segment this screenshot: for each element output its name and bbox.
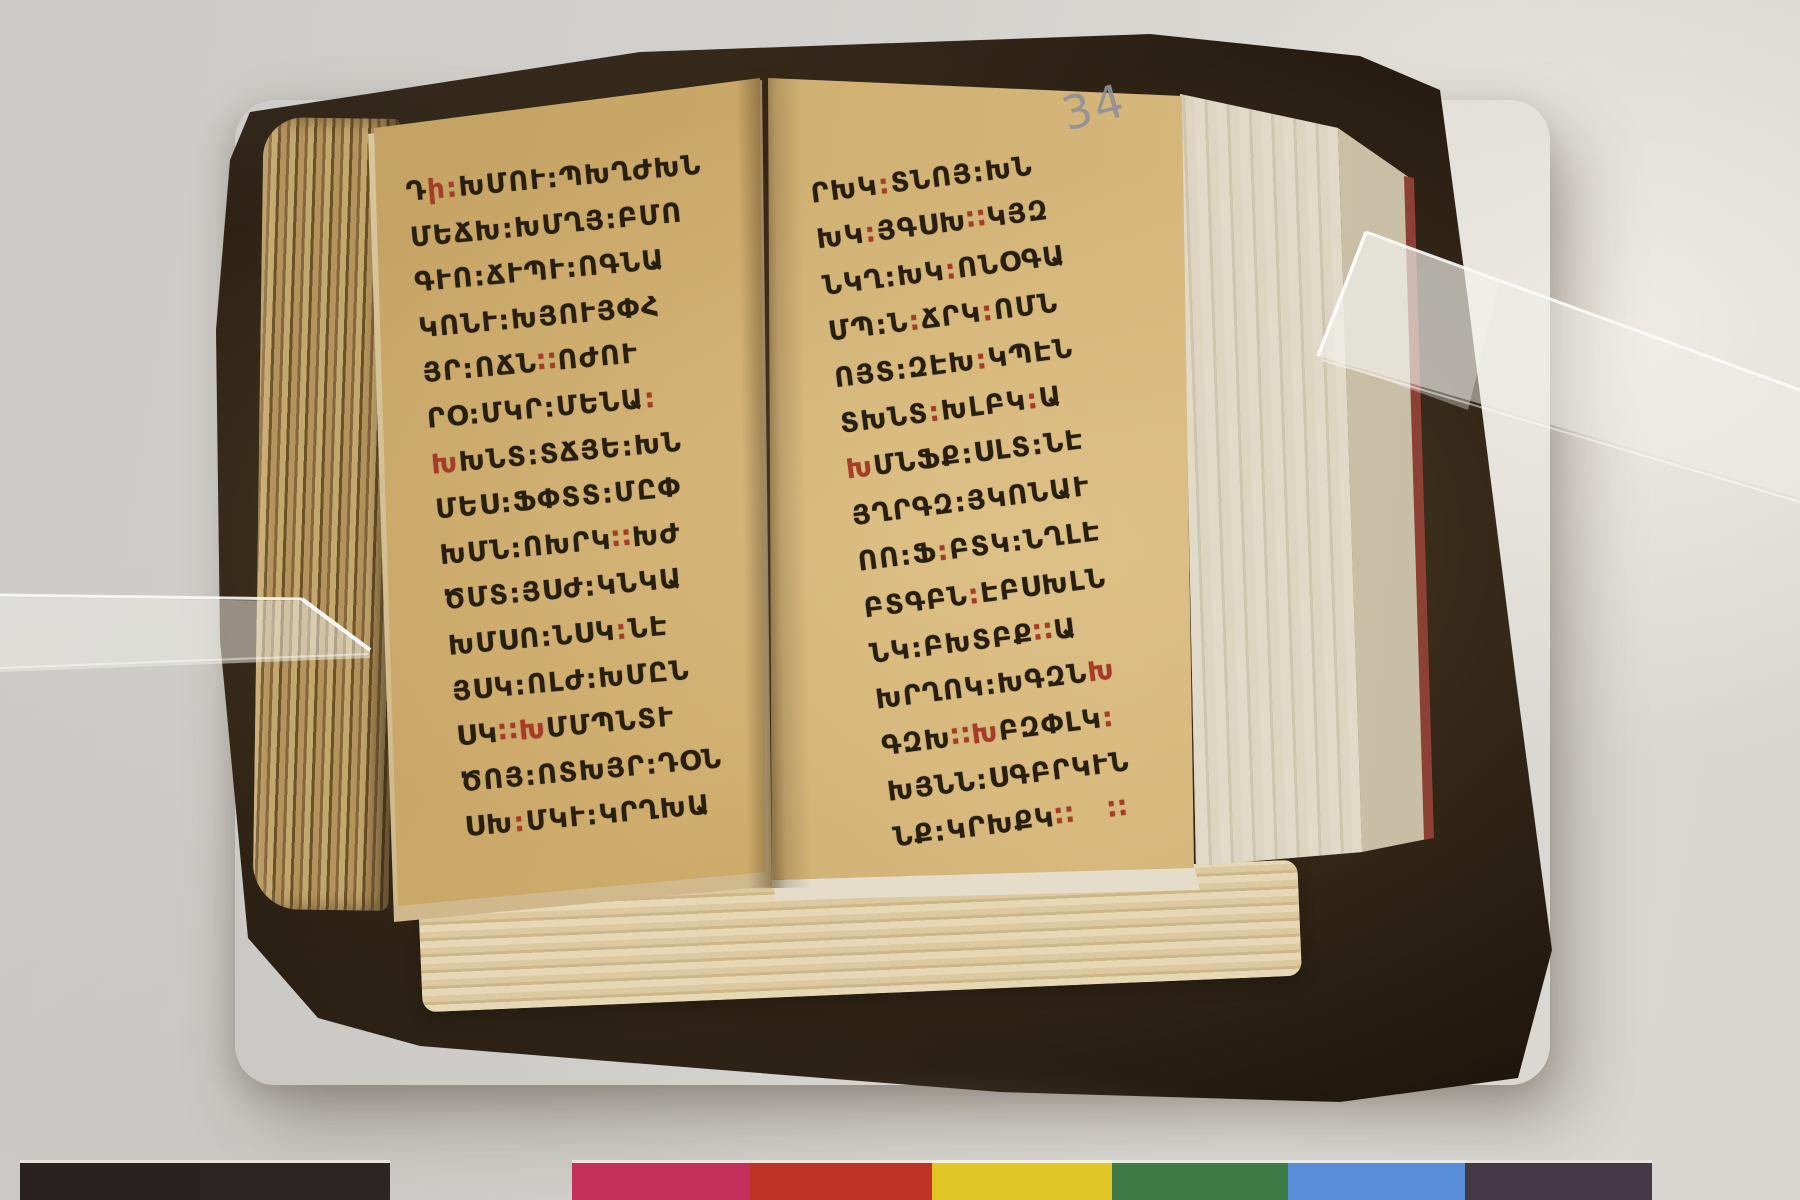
rubricated-glyphs: Խ: [1086, 654, 1117, 688]
ink-glyphs: ՄՊ:Ն: [827, 307, 911, 348]
color-calibration-bar: [0, 1160, 1800, 1200]
ink-glyphs: ԿՅԶ: [985, 195, 1051, 234]
calibration-swatch-green: [1112, 1160, 1288, 1200]
rubricated-glyphs: ∷Խ: [497, 713, 548, 748]
ink-glyphs: ԷԲՍԽԼՆ: [978, 562, 1108, 609]
ink-glyphs: ՆԿՂ:ԽԿ: [821, 255, 947, 301]
ink-glyphs: ԽԿ: [815, 219, 867, 256]
ink-glyphs: ՈՈ:Ֆ: [856, 537, 939, 578]
ink-glyphs: ԳԶԽ: [880, 722, 954, 762]
ink-glyphs: ՅԳՍԽ: [875, 206, 969, 248]
ink-glyphs: ԽՄՍՈ:ՆՍԿ: [447, 615, 618, 661]
ink-glyphs: ՈՆՕԳԱ: [955, 240, 1067, 285]
ink-glyphs: ՃՐԿ: [919, 297, 983, 336]
ink-glyphs: ԽԺ: [631, 518, 682, 553]
ink-glyphs: Ա: [1052, 613, 1079, 647]
ink-glyphs: ՍԽ: [464, 808, 516, 843]
calibration-swatch-dark-violet: [1465, 1160, 1652, 1200]
ink-glyphs: ՈԺՈՒ: [556, 339, 640, 377]
ink-glyphs: ՄՄՊՆՏՒ: [545, 702, 676, 745]
calibration-swatch-blue: [1288, 1160, 1465, 1200]
ink-glyphs: ԲՏԳԲՆ: [862, 580, 970, 624]
ink-glyphs: Ա: [1037, 381, 1064, 415]
ink-glyphs: ՍԿ: [455, 718, 500, 753]
rubricated-glyphs: Խ: [430, 447, 460, 480]
ink-glyphs: ՐԽԿ: [809, 170, 880, 209]
ink-glyphs: ԽԼԲԿ: [939, 385, 1029, 427]
ink-glyphs: ՅՐ:ՈՃՆ: [421, 348, 538, 389]
rubricated-glyphs: :: [643, 383, 658, 415]
ink-glyphs: ԽՄՆ:ՈԽՐԿ: [438, 524, 613, 571]
rubricated-glyphs: ∷Խ: [949, 716, 1001, 753]
photo-scene: Դի:ԽՄՈՒ:ՊԽՂԺԽՆՄԵՃԽ:ԽՄՂՅ:ԲՄՈԳՒՈ:ՃՒՊՒ:ՈԳՆԱ…: [0, 0, 1800, 1200]
left-page-manuscript-text: Դի:ԽՄՈՒ:ՊԽՂԺԽՆՄԵՃԽ:ԽՄՂՅ:ԲՄՈԳՒՈ:ՃՒՊՒ:ՈԳՆԱ…: [404, 143, 763, 851]
calibration-swatch-red: [750, 1160, 932, 1200]
ink-glyphs: ՆԷ: [627, 611, 670, 646]
rubricated-glyphs: Խ: [844, 452, 875, 486]
rubricated-glyphs: ի:: [426, 172, 460, 206]
calibration-swatch-yellow: [932, 1160, 1112, 1200]
calibration-swatch-magenta: [572, 1160, 750, 1200]
ink-glyphs: ԲԶՓԼԿ: [997, 703, 1104, 747]
ink-glyphs: ՄԿՒ:ԿՐՂԽԱ: [525, 790, 713, 838]
ink-glyphs: ՈՄՆ: [992, 288, 1060, 327]
calibration-swatch-black-2: [200, 1160, 390, 1200]
ink-glyphs: ԿՊԷՆ: [986, 332, 1075, 374]
calibration-swatch-black-1: [20, 1160, 200, 1200]
rubricated-glyphs: ∷: [1106, 793, 1130, 826]
rubricated-glyphs: :: [1100, 701, 1116, 733]
ink-glyphs: [1073, 796, 1110, 831]
ink-glyphs: ՏԽՆՏ: [838, 398, 930, 440]
